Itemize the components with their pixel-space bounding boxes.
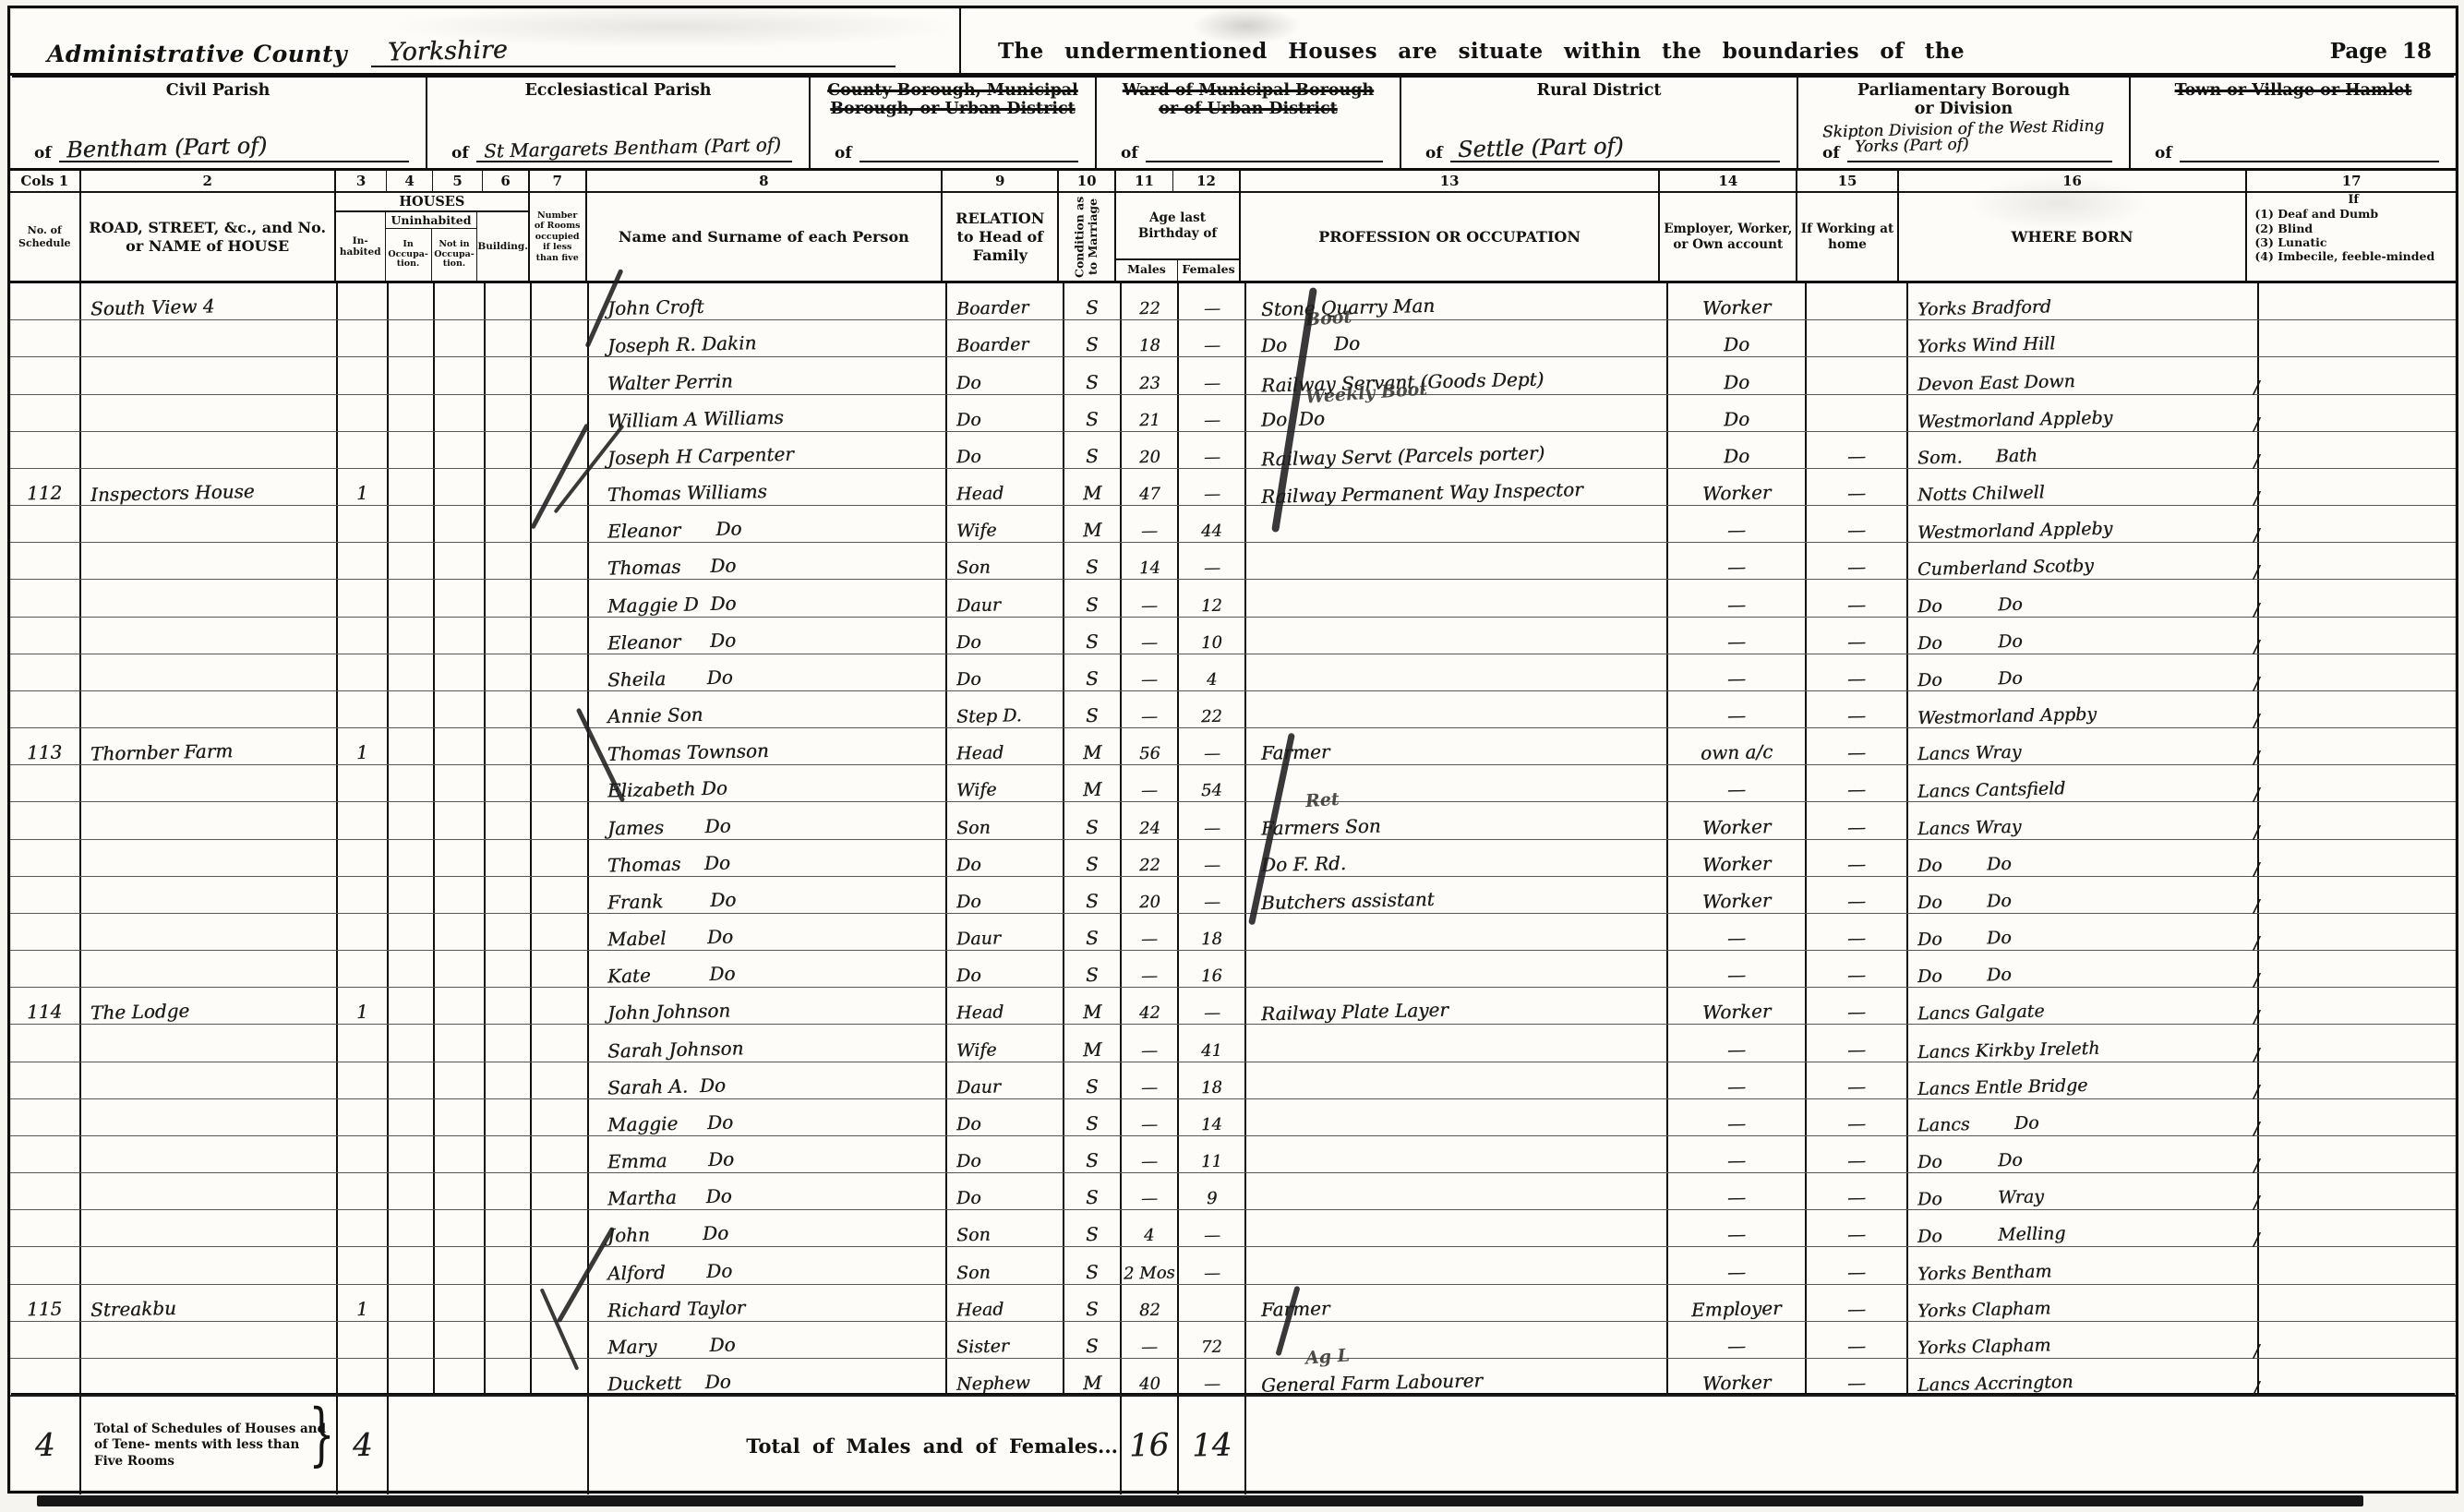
col-condition-header: 10 Condition as to Marriage — [1057, 171, 1114, 281]
total-inhabited-cell: 4 — [336, 1397, 387, 1494]
inhabited-cell — [336, 580, 387, 616]
infirmity-cell — [2257, 1099, 2464, 1135]
uninhabited-not-in-occupation-cell — [433, 357, 484, 393]
infirmity-cell — [2257, 877, 2464, 913]
employer-cell: — — [1666, 1136, 1805, 1172]
uninhabited-in-occupation-cell — [387, 802, 433, 838]
condition-cell: S — [1063, 357, 1120, 393]
employer-cell: — — [1666, 1247, 1805, 1283]
uninhabited-not-in-occupation-cell — [433, 1285, 484, 1321]
age-male-cell: — — [1120, 765, 1177, 801]
at-home-cell: — — [1805, 840, 1906, 876]
profession-cell — [1244, 543, 1666, 579]
age-female-cell: 22 — [1177, 691, 1244, 727]
age-male-cell: — — [1120, 1062, 1177, 1098]
employer-cell: — — [1666, 1099, 1805, 1135]
infirmity-cell — [2257, 432, 2464, 468]
civil-parish-title: Civil Parish — [10, 81, 426, 100]
schedule-cell: 113 — [10, 728, 79, 764]
employer-cell: — — [1666, 691, 1805, 727]
name-cell: Thomas Townson — [587, 728, 945, 764]
road-cell — [79, 691, 336, 727]
building-cell — [484, 1099, 530, 1135]
road-cell — [79, 765, 336, 801]
employer-cell: — — [1666, 506, 1805, 542]
road-cell: Streakbu — [79, 1285, 336, 1321]
uninhabited-not-in-occupation-cell — [433, 320, 484, 356]
table-row: 114 The Lodge 1 John Johnson Head M 42 —… — [10, 988, 2456, 1025]
relation-cell: Wife — [945, 765, 1063, 801]
where-born-cell: Yorks Wind Hill — [1906, 320, 2257, 356]
building-cell — [484, 1210, 530, 1246]
parliamentary-title: Parliamentary Borough — [1798, 81, 2129, 100]
condition-cell: S — [1063, 877, 1120, 913]
building-cell — [484, 877, 530, 913]
relation-cell: Nephew — [945, 1359, 1063, 1395]
schedule-cell — [10, 580, 79, 616]
uninhabited-not-in-occupation-cell — [433, 691, 484, 727]
inhabited-cell — [336, 1062, 387, 1098]
uninhabited-in-occupation-cell — [387, 691, 433, 727]
inhabited-cell — [336, 691, 387, 727]
col-relation-header: 9 RELATION to Head of Family — [941, 171, 1057, 281]
age-female-cell: 11 — [1177, 1136, 1244, 1172]
table-row: Elizabeth Do Wife M — 54 — — Lancs Cants… — [10, 765, 2456, 802]
employer-cell: Worker — [1666, 802, 1805, 838]
table-row: Kate Do Do S — 16 — — Do Do/ — [10, 951, 2456, 988]
uninhabited-not-in-occupation-cell — [433, 765, 484, 801]
condition-cell: S — [1063, 432, 1120, 468]
relation-cell: Head — [945, 1285, 1063, 1321]
employer-cell: Do — [1666, 395, 1805, 431]
name-cell: Mary Do — [587, 1322, 945, 1358]
profession-cell — [1244, 1247, 1666, 1283]
employer-cell: Worker — [1666, 840, 1805, 876]
age-male-cell: 82 — [1120, 1285, 1177, 1321]
name-cell: Joseph R. Dakin — [587, 320, 945, 356]
schedule-cell — [10, 1210, 79, 1246]
inhabited-cell — [336, 840, 387, 876]
name-cell: Walter Perrin — [587, 357, 945, 393]
table-row: Sheila Do Do S — 4 — — Do Do/ — [10, 654, 2456, 691]
road-cell — [79, 1322, 336, 1358]
relation-cell: Do — [945, 654, 1063, 690]
employer-cell: — — [1666, 1173, 1805, 1209]
age-female-cell: — — [1177, 728, 1244, 764]
rooms-cell — [530, 654, 587, 690]
table-row: Joseph R. Dakin Boarder S 18 — BootDo Do… — [10, 320, 2456, 357]
condition-cell: S — [1063, 283, 1120, 319]
employer-cell: — — [1666, 618, 1805, 654]
infirmity-cell — [2257, 283, 2464, 319]
name-cell: Maggie D Do — [587, 580, 945, 616]
age-male-cell: — — [1120, 691, 1177, 727]
schedule-cell — [10, 357, 79, 393]
infirmity-cell — [2257, 543, 2464, 579]
road-cell — [79, 914, 336, 950]
inhabited-cell: 1 — [336, 469, 387, 505]
town-village-title: Town or Village or Hamlet — [2131, 81, 2456, 100]
census-page: { "page": { "admin_label": "Administrati… — [0, 0, 2464, 1512]
table-row: 112 Inspectors House 1 Thomas Williams H… — [10, 469, 2456, 506]
infirmity-cell — [2257, 951, 2464, 987]
schedule-cell — [10, 320, 79, 356]
where-born-cell: Devon East Down/ — [1906, 357, 2257, 393]
pencil-annotation: Ret — [1304, 789, 1340, 812]
at-home-cell: — — [1805, 1025, 1906, 1061]
rooms-cell — [530, 1173, 587, 1209]
age-male-cell: — — [1120, 1025, 1177, 1061]
building-cell — [484, 469, 530, 505]
infirmity-cell — [2257, 728, 2464, 764]
employer-cell: — — [1666, 580, 1805, 616]
road-cell — [79, 506, 336, 542]
uninhabited-not-in-occupation-cell — [433, 877, 484, 913]
rooms-cell — [530, 320, 587, 356]
rooms-cell — [530, 728, 587, 764]
road-cell — [79, 840, 336, 876]
building-cell — [484, 1025, 530, 1061]
uninhabited-not-in-occupation-cell — [433, 1247, 484, 1283]
schedule-cell — [10, 840, 79, 876]
infirmity-cell — [2257, 1359, 2464, 1395]
where-born-cell: Do Do/ — [1906, 654, 2257, 690]
rooms-cell — [530, 618, 587, 654]
age-male-cell: 14 — [1120, 543, 1177, 579]
table-row: Maggie Do Do S — 14 — — Lancs Do/ — [10, 1099, 2456, 1136]
table-row: Sarah Johnson Wife M — 41 — — Lancs Kirk… — [10, 1025, 2456, 1062]
age-male-cell: 21 — [1120, 395, 1177, 431]
condition-cell: M — [1063, 1025, 1120, 1061]
profession-cell — [1244, 506, 1666, 542]
where-born-cell: Cumberland Scotby/ — [1906, 543, 2257, 579]
building-cell — [484, 951, 530, 987]
uninhabited-not-in-occupation-cell — [433, 840, 484, 876]
condition-cell: S — [1063, 618, 1120, 654]
building-cell — [484, 580, 530, 616]
at-home-cell: — — [1805, 506, 1906, 542]
age-male-cell: 4 — [1120, 1210, 1177, 1246]
uninhabited-not-in-occupation-cell — [433, 432, 484, 468]
profession-cell — [1244, 951, 1666, 987]
ecclesiastical-parish-box: Ecclesiastical Parish ofSt Margarets Ben… — [426, 76, 809, 168]
building-cell — [484, 395, 530, 431]
relation-cell: Daur — [945, 914, 1063, 950]
age-female-cell: — — [1177, 357, 1244, 393]
rooms-cell — [530, 802, 587, 838]
age-male-cell: 18 — [1120, 320, 1177, 356]
relation-cell: Do — [945, 840, 1063, 876]
uninhabited-not-in-occupation-cell — [433, 1025, 484, 1061]
employer-cell: Do — [1666, 357, 1805, 393]
uninhabited-not-in-occupation-cell — [433, 1099, 484, 1135]
condition-cell: S — [1063, 543, 1120, 579]
age-female-cell: 44 — [1177, 506, 1244, 542]
totals-row: 4 Total of Schedules of Houses and of Te… — [10, 1396, 2456, 1494]
rooms-cell — [530, 914, 587, 950]
rooms-cell — [530, 1025, 587, 1061]
uninhabited-in-occupation-cell — [387, 618, 433, 654]
uninhabited-not-in-occupation-cell — [433, 728, 484, 764]
schedule-cell — [10, 432, 79, 468]
name-cell: Thomas Do — [587, 543, 945, 579]
condition-cell: S — [1063, 1285, 1120, 1321]
name-cell: Frank Do — [587, 877, 945, 913]
rooms-cell — [530, 580, 587, 616]
condition-cell: M — [1063, 506, 1120, 542]
table-row: Joseph H Carpenter Do S 20 — Railway Ser… — [10, 432, 2456, 469]
at-home-cell — [1805, 283, 1906, 319]
where-born-cell: Do Melling/ — [1906, 1210, 2257, 1246]
uninhabited-not-in-occupation-cell — [433, 283, 484, 319]
profession-cell: Farmer — [1244, 1285, 1666, 1321]
schedule-cell: 114 — [10, 988, 79, 1024]
employer-cell: — — [1666, 951, 1805, 987]
table-row: Duckett Do Nephew M 40 — Ag LGeneral Far… — [10, 1359, 2456, 1396]
inhabited-cell — [336, 1322, 387, 1358]
name-cell: Alford Do — [587, 1247, 945, 1283]
relation-cell: Do — [945, 395, 1063, 431]
schedule-cell — [10, 691, 79, 727]
admin-county-box: Administrative County Yorkshire — [10, 8, 961, 73]
building-cell — [484, 914, 530, 950]
building-cell — [484, 728, 530, 764]
where-born-cell: Yorks Bradford — [1906, 283, 2257, 319]
schedule-cell: 115 — [10, 1285, 79, 1321]
at-home-cell: — — [1805, 654, 1906, 690]
infirmity-cell — [2257, 1210, 2464, 1246]
at-home-cell: — — [1805, 728, 1906, 764]
age-male-cell: 22 — [1120, 840, 1177, 876]
uninhabited-in-occupation-cell — [387, 580, 433, 616]
infirmity-cell — [2257, 691, 2464, 727]
uninhabited-header: Uninhabited In Occupa-tion. Not in Occup… — [385, 212, 478, 281]
infirmity-cell — [2257, 357, 2464, 393]
uninhabited-in-occupation-cell — [387, 988, 433, 1024]
name-cell: Joseph H Carpenter — [587, 432, 945, 468]
scan-bottom-bar — [37, 1495, 2363, 1506]
profession-cell: RetFarmers Son — [1244, 802, 1666, 838]
totals-empty-right — [1244, 1397, 2456, 1494]
at-home-cell: — — [1805, 618, 1906, 654]
where-born-cell: Do Do/ — [1906, 1136, 2257, 1172]
profession-cell: Railway Plate Layer — [1244, 988, 1666, 1024]
col-infirmity-header: 17 If (1) Deaf and Dumb (2) Blind (3) Lu… — [2245, 171, 2456, 281]
schedule-cell — [10, 618, 79, 654]
infirmity-cell — [2257, 1025, 2464, 1061]
females-header: Females — [1177, 260, 1239, 281]
at-home-cell: — — [1805, 691, 1906, 727]
road-cell — [79, 1247, 336, 1283]
age-female-cell: — — [1177, 469, 1244, 505]
relation-cell: Do — [945, 951, 1063, 987]
infirmity-cell — [2257, 618, 2464, 654]
table-row: Eleanor Do Do S — 10 — — Do Do/ — [10, 618, 2456, 654]
uninhabited-in-occupation-cell — [387, 1062, 433, 1098]
uninhabited-in-occupation-cell — [387, 1285, 433, 1321]
table-row: 115 Streakbu 1 Richard Taylor Head S 82 … — [10, 1285, 2456, 1322]
at-home-cell: — — [1805, 914, 1906, 950]
where-born-cell: Lancs Accrington/ — [1906, 1359, 2257, 1395]
uninhabited-in-occupation-cell — [387, 1136, 433, 1172]
uninhabited-not-in-occupation-cell — [433, 580, 484, 616]
road-cell — [79, 802, 336, 838]
rooms-cell — [530, 357, 587, 393]
age-male-cell: — — [1120, 914, 1177, 950]
name-cell: John Johnson — [587, 988, 945, 1024]
table-row: Maggie D Do Daur S — 12 — — Do Do/ — [10, 580, 2456, 617]
table-row: William A Williams Do S 21 — Weekly Boot… — [10, 395, 2456, 432]
rural-district-title: Rural District — [1401, 81, 1797, 100]
inhabited-cell — [336, 543, 387, 579]
age-female-cell: — — [1177, 988, 1244, 1024]
schedule-cell — [10, 951, 79, 987]
profession-cell: Ag LGeneral Farm Labourer — [1244, 1359, 1666, 1395]
where-born-cell: Lancs Wray/ — [1906, 802, 2257, 838]
building-cell — [484, 988, 530, 1024]
name-cell: Sarah Johnson — [587, 1025, 945, 1061]
relation-cell: Step D. — [945, 691, 1063, 727]
age-female-cell: — — [1177, 1247, 1244, 1283]
age-male-cell: 23 — [1120, 357, 1177, 393]
col-where-born-header: 16 WHERE BORN — [1897, 171, 2246, 281]
uninhabited-not-in-occupation-cell — [433, 951, 484, 987]
employer-cell: Do — [1666, 432, 1805, 468]
condition-cell: M — [1063, 728, 1120, 764]
district-band: Civil Parish ofBentham (Part of) Ecclesi… — [10, 76, 2456, 171]
uninhabited-in-occupation-cell — [387, 395, 433, 431]
col-age-header: 11 12 Age last Birthday of Males Females — [1114, 171, 1239, 281]
profession-cell — [1244, 1099, 1666, 1135]
col-profession-header: 13 PROFESSION OR OCCUPATION — [1239, 171, 1658, 281]
age-male-cell: — — [1120, 1322, 1177, 1358]
age-female-cell: — — [1177, 840, 1244, 876]
age-male-cell: 2 Mos — [1120, 1247, 1177, 1283]
where-born-cell: Westmorland Appby/ — [1906, 691, 2257, 727]
building-cell — [484, 654, 530, 690]
infirmity-cell — [2257, 1062, 2464, 1098]
profession-cell: Do F. Rd. — [1244, 840, 1666, 876]
condition-cell: S — [1063, 1173, 1120, 1209]
where-born-cell: Lancs Wray/ — [1906, 728, 2257, 764]
of-label: of — [835, 144, 852, 162]
building-cell — [484, 691, 530, 727]
ward-box: Ward of Municipal Borough or of Urban Di… — [1095, 76, 1400, 168]
road-cell: The Lodge — [79, 988, 336, 1024]
employer-cell: — — [1666, 654, 1805, 690]
schedule-cell — [10, 1173, 79, 1209]
building-cell — [484, 1173, 530, 1209]
uninhabited-not-in-occupation-cell — [433, 1173, 484, 1209]
name-cell: Eleanor Do — [587, 506, 945, 542]
brace-glyph: } — [308, 1395, 334, 1474]
condition-cell: S — [1063, 395, 1120, 431]
road-cell — [79, 1210, 336, 1246]
rooms-cell — [530, 877, 587, 913]
uninhabited-not-in-occupation-cell — [433, 988, 484, 1024]
employer-cell: Worker — [1666, 988, 1805, 1024]
age-male-cell: 42 — [1120, 988, 1177, 1024]
table-row: Alford Do Son S 2 Mos — — — Yorks Bentha… — [10, 1247, 2456, 1284]
employer-cell: Do — [1666, 320, 1805, 356]
name-cell: William A Williams — [587, 395, 945, 431]
inhabited-cell — [336, 395, 387, 431]
uninhabited-in-occupation-cell — [387, 283, 433, 319]
name-cell: Mabel Do — [587, 914, 945, 950]
road-cell — [79, 877, 336, 913]
age-female-cell: 10 — [1177, 618, 1244, 654]
name-cell: Duckett Do — [587, 1359, 945, 1395]
col-employer-header: 14 Employer, Worker, or Own account — [1658, 171, 1796, 281]
building-cell — [484, 1285, 530, 1321]
building-cell — [484, 1062, 530, 1098]
relation-cell: Head — [945, 469, 1063, 505]
age-male-cell: 22 — [1120, 283, 1177, 319]
uninhabited-in-occupation-cell — [387, 728, 433, 764]
schedule-cell — [10, 1025, 79, 1061]
schedule-cell — [10, 1062, 79, 1098]
at-home-cell: — — [1805, 1099, 1906, 1135]
where-born-cell: Do Do/ — [1906, 914, 2257, 950]
uninhabited-not-in-occupation-cell — [433, 395, 484, 431]
age-female-cell — [1177, 1285, 1244, 1321]
infirmity-cell — [2257, 765, 2464, 801]
rooms-cell — [530, 988, 587, 1024]
ecclesiastical-parish-title: Ecclesiastical Parish — [427, 81, 809, 100]
uninhabited-in-occupation-cell — [387, 1099, 433, 1135]
employer-cell: — — [1666, 914, 1805, 950]
inhabited-cell — [336, 1099, 387, 1135]
table-row: Thomas Do Do S 22 — Do F. Rd. Worker — D… — [10, 840, 2456, 877]
employer-cell: Worker — [1666, 283, 1805, 319]
condition-cell: S — [1063, 691, 1120, 727]
employer-cell: — — [1666, 1025, 1805, 1061]
schedule-cell — [10, 802, 79, 838]
of-label: of — [2155, 144, 2172, 162]
age-female-cell: 4 — [1177, 654, 1244, 690]
at-home-cell: — — [1805, 765, 1906, 801]
condition-cell: S — [1063, 802, 1120, 838]
building-header: Building. — [477, 212, 527, 281]
where-born-cell: Yorks Clapham/ — [1906, 1322, 2257, 1358]
building-cell — [484, 618, 530, 654]
civil-parish-box: Civil Parish ofBentham (Part of) — [10, 76, 426, 168]
schedule-cell: 112 — [10, 469, 79, 505]
condition-cell: S — [1063, 1136, 1120, 1172]
condition-cell: S — [1063, 580, 1120, 616]
name-cell: Emma Do — [587, 1136, 945, 1172]
profession-cell — [1244, 1173, 1666, 1209]
table-row: Annie Son Step D. S — 22 — — Westmorland… — [10, 691, 2456, 728]
inhabited-cell: 1 — [336, 728, 387, 764]
infirmity-cell — [2257, 988, 2464, 1024]
admin-county-label: Administrative County — [47, 41, 347, 67]
schedule-cell — [10, 1322, 79, 1358]
inhabited-cell — [336, 802, 387, 838]
at-home-cell — [1805, 357, 1906, 393]
uninhabited-in-occupation-cell — [387, 543, 433, 579]
table-row: Thomas Do Son S 14 — — — Cumberland Scot… — [10, 543, 2456, 580]
road-cell — [79, 395, 336, 431]
total-schedules-cell: 4 — [10, 1397, 79, 1494]
name-cell: Thomas Do — [587, 840, 945, 876]
inhabited-cell — [336, 1173, 387, 1209]
at-home-cell: — — [1805, 469, 1906, 505]
condition-cell: S — [1063, 1062, 1120, 1098]
age-male-cell: 47 — [1120, 469, 1177, 505]
name-cell: Kate Do — [587, 951, 945, 987]
infirmity-cell — [2257, 1173, 2464, 1209]
